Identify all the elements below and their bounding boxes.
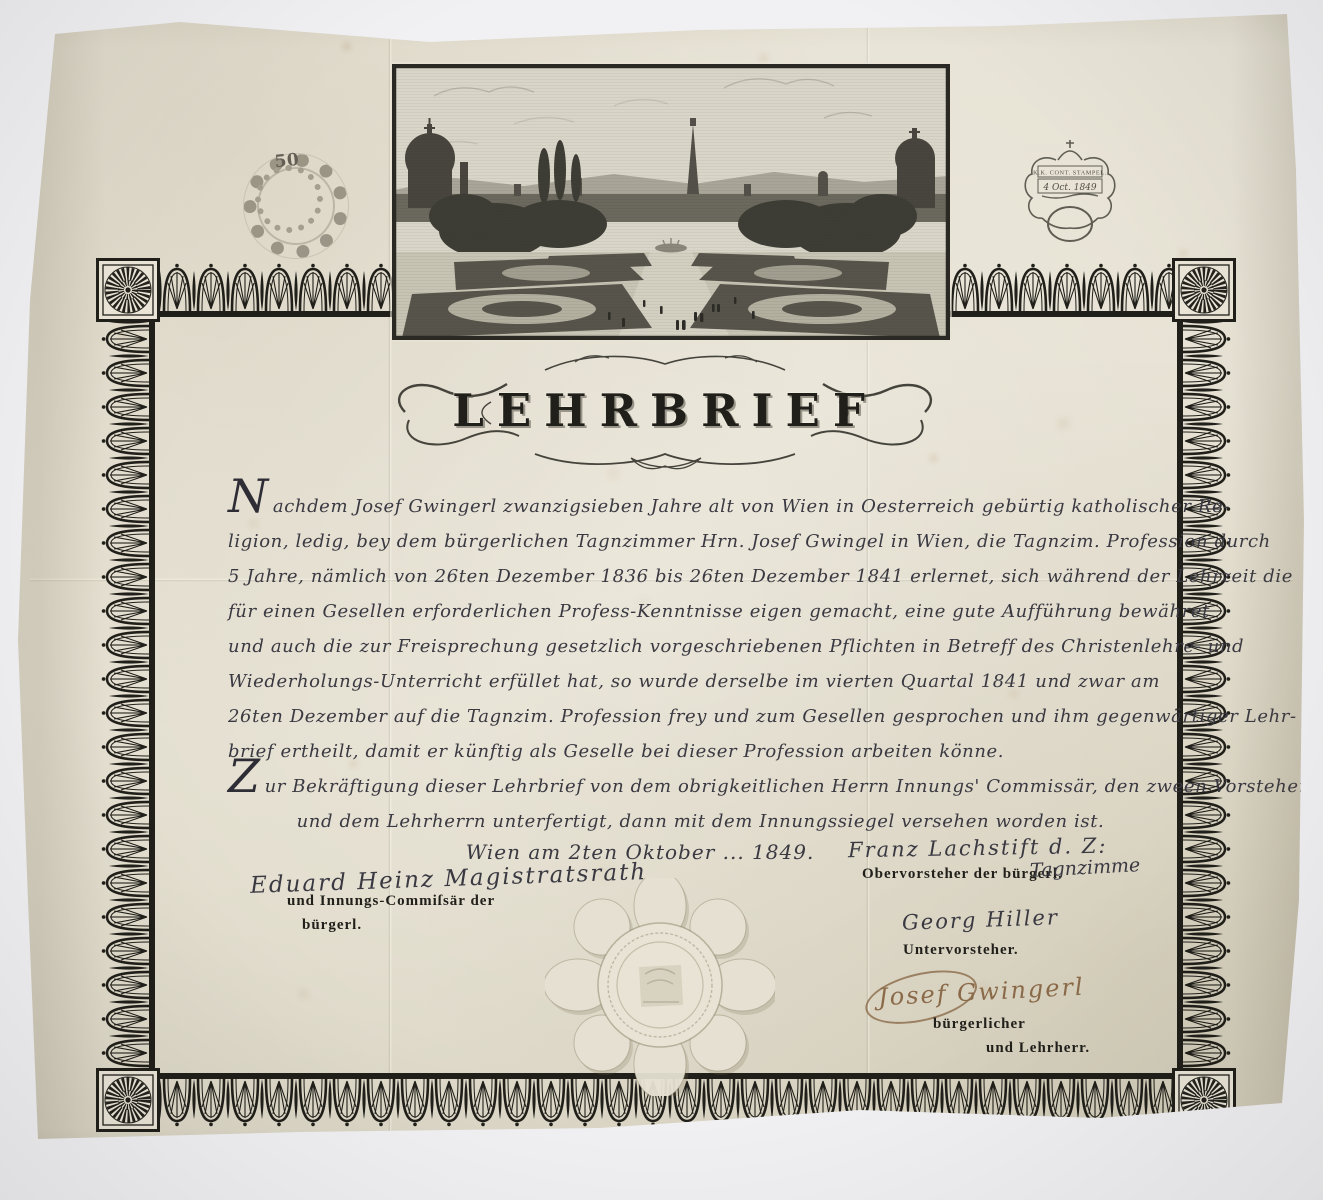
body-line: für einen Gesellen erforderlichen Profes… [228, 594, 1173, 629]
body-line: Nachdem Josef Gwingerl zwanzigsieben Jah… [228, 486, 1173, 524]
title-block: LEHRBRIEF [395, 350, 935, 472]
body-line: 26ten Dezember auf die Tagnzim. Professi… [228, 699, 1173, 734]
closing-line: und dem Lehrherrn unterfertigt, dann mit… [228, 804, 1173, 839]
commissar-title-line2: bürgerl. [302, 917, 362, 934]
body-line: Wiederholungs-Unterricht erfüllet hat, s… [228, 664, 1173, 699]
corner-rosette-top-left [98, 260, 159, 321]
corner-rosette-top-right [1174, 260, 1235, 321]
embossed-revenue-stamp: 50 [238, 150, 336, 242]
control-stamp-line1: K.K. CONT. STAMPEL. [1033, 170, 1107, 177]
stamp-value: 50 [274, 150, 301, 172]
vienna-garden-engraving [394, 66, 948, 338]
body-line: ligion, ledig, bey dem bürgerlichen Tagn… [228, 524, 1173, 559]
stamp-text-panel: K.K. CONT. STAMPEL. 4 Oct. 1849 [1033, 166, 1107, 198]
corner-rosette-bottom-right [1174, 1070, 1235, 1131]
lehrherr-title-line2: und Lehrherr. [986, 1040, 1090, 1057]
stamp-inner-ring [255, 165, 323, 233]
control-stamp: K.K. CONT. STAMPEL. 4 Oct. 1849 [1016, 136, 1124, 254]
commissar-title-line1: und Innungs-Commiſsär der [287, 893, 495, 910]
body-line: brief ertheilt, damit er künftig als Ges… [228, 734, 1173, 769]
untervorsteher-title: Untervorsteher. [903, 942, 1019, 959]
document-title: LEHRBRIEF [395, 384, 935, 437]
closing-line: Zur Bekräftigung dieser Lehrbrief von de… [228, 766, 1173, 804]
document-paper: 50 K.K. CONT. STAMPEL. 4 Oct. 1849 [0, 0, 1323, 1200]
closing-text: Zur Bekräftigung dieser Lehrbrief von de… [228, 766, 1173, 839]
photo-background: 50 K.K. CONT. STAMPEL. 4 Oct. 1849 [0, 0, 1323, 1200]
body-line: und auch die zur Freisprechung gesetzlic… [228, 629, 1173, 664]
corner-rosette-bottom-left [98, 1070, 159, 1131]
body-text: Nachdem Josef Gwingerl zwanzigsieben Jah… [228, 486, 1173, 769]
lehrherr-title-line1: bürgerlicher [933, 1016, 1026, 1033]
body-line: 5 Jahre, nämlich von 26ten Dezember 1836… [228, 559, 1173, 594]
foxing-stains [0, 0, 7, 7]
embossed-guild-seal [545, 878, 775, 1096]
control-stamp-line2: 4 Oct. 1849 [1042, 183, 1097, 193]
